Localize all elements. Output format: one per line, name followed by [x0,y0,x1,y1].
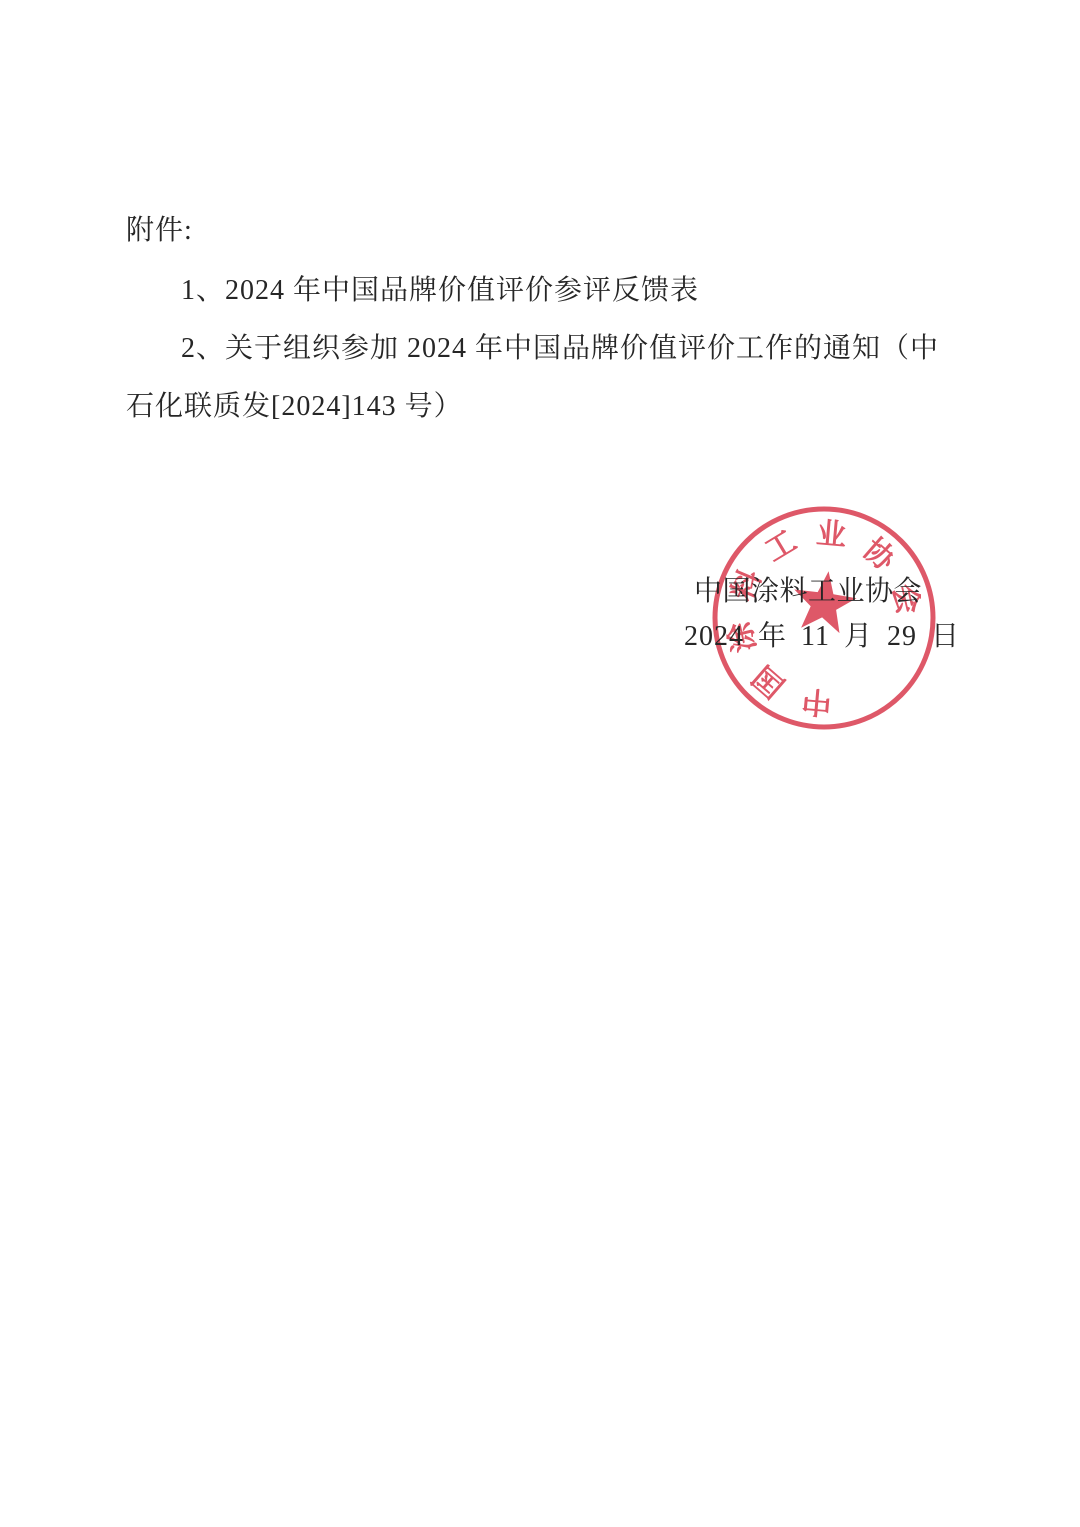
svg-text:国: 国 [747,659,791,704]
signature-organization: 中国涂料工业协会 [694,576,922,608]
document-page: 附件: 1、2024 年中国品牌价值评价参评反馈表 2、关于组织参加 2024 … [0,0,1080,1527]
signature-date: 2024 年 11 月 29 日 [684,621,960,653]
official-seal: 中国涂料工业协会 [694,488,954,748]
svg-text:业: 业 [815,517,848,552]
attachment-item-2-line-2: 石化联质发[2024]143 号） [126,391,463,423]
attachment-item-2-line-1: 2、关于组织参加 2024 年中国品牌价值评价工作的通知（中 [181,333,939,365]
attachment-item-1: 1、2024 年中国品牌价值评价参评反馈表 [181,275,699,307]
attachments-label: 附件: [126,215,193,247]
svg-text:中: 中 [800,683,833,718]
svg-text:工: 工 [760,525,803,569]
svg-text:协: 协 [857,533,902,578]
